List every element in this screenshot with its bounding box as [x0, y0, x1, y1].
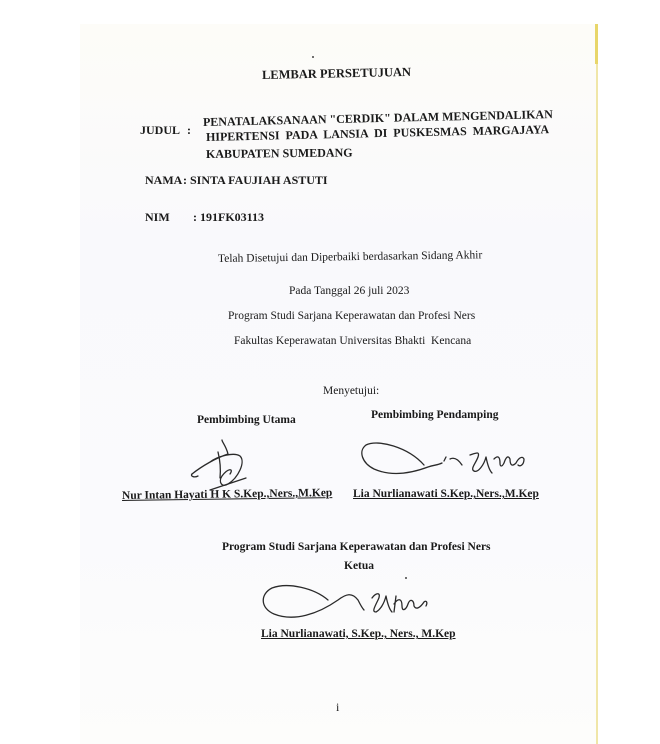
- approval-faculty: Fakultas Keperawatan Universitas Bhakti …: [234, 335, 471, 347]
- approved-by-label: Menyetujui:: [323, 385, 379, 397]
- secondary-supervisor-signature-icon: [358, 437, 538, 485]
- approval-date: Pada Tanggal 26 juli 2023: [289, 285, 409, 297]
- judul-label: JUDUL: [140, 123, 180, 138]
- scan-speck: [312, 56, 314, 58]
- secondary-supervisor-name: Lia Nurlianawati S.Kep.,Ners.,M.Kep: [353, 488, 539, 500]
- nama-label: NAMA: [145, 173, 182, 188]
- head-role: Ketua: [344, 560, 374, 572]
- judul-line-3: KABUPATEN SUMEDANG: [206, 145, 353, 162]
- nim-value: : 191FK03113: [193, 210, 264, 225]
- document-title: LEMBAR PERSETUJUAN: [262, 65, 411, 83]
- head-signature-icon: [258, 578, 458, 626]
- approval-program: Program Studi Sarjana Keperawatan dan Pr…: [228, 310, 475, 322]
- head-name: Lia Nurlianawati, S.Kep., Ners., M.Kep: [261, 628, 456, 640]
- page-number: i: [336, 700, 339, 715]
- judul-separator: :: [187, 123, 191, 138]
- page-edge-tint: [595, 24, 598, 64]
- head-unit: Program Studi Sarjana Keperawatan dan Pr…: [222, 541, 491, 553]
- secondary-supervisor-role: Pembimbing Pendamping: [371, 409, 498, 421]
- primary-supervisor-role: Pembimbing Utama: [197, 414, 296, 426]
- nim-label: NIM: [145, 210, 170, 225]
- nama-value: : SINTA FAUJIAH ASTUTI: [183, 173, 328, 188]
